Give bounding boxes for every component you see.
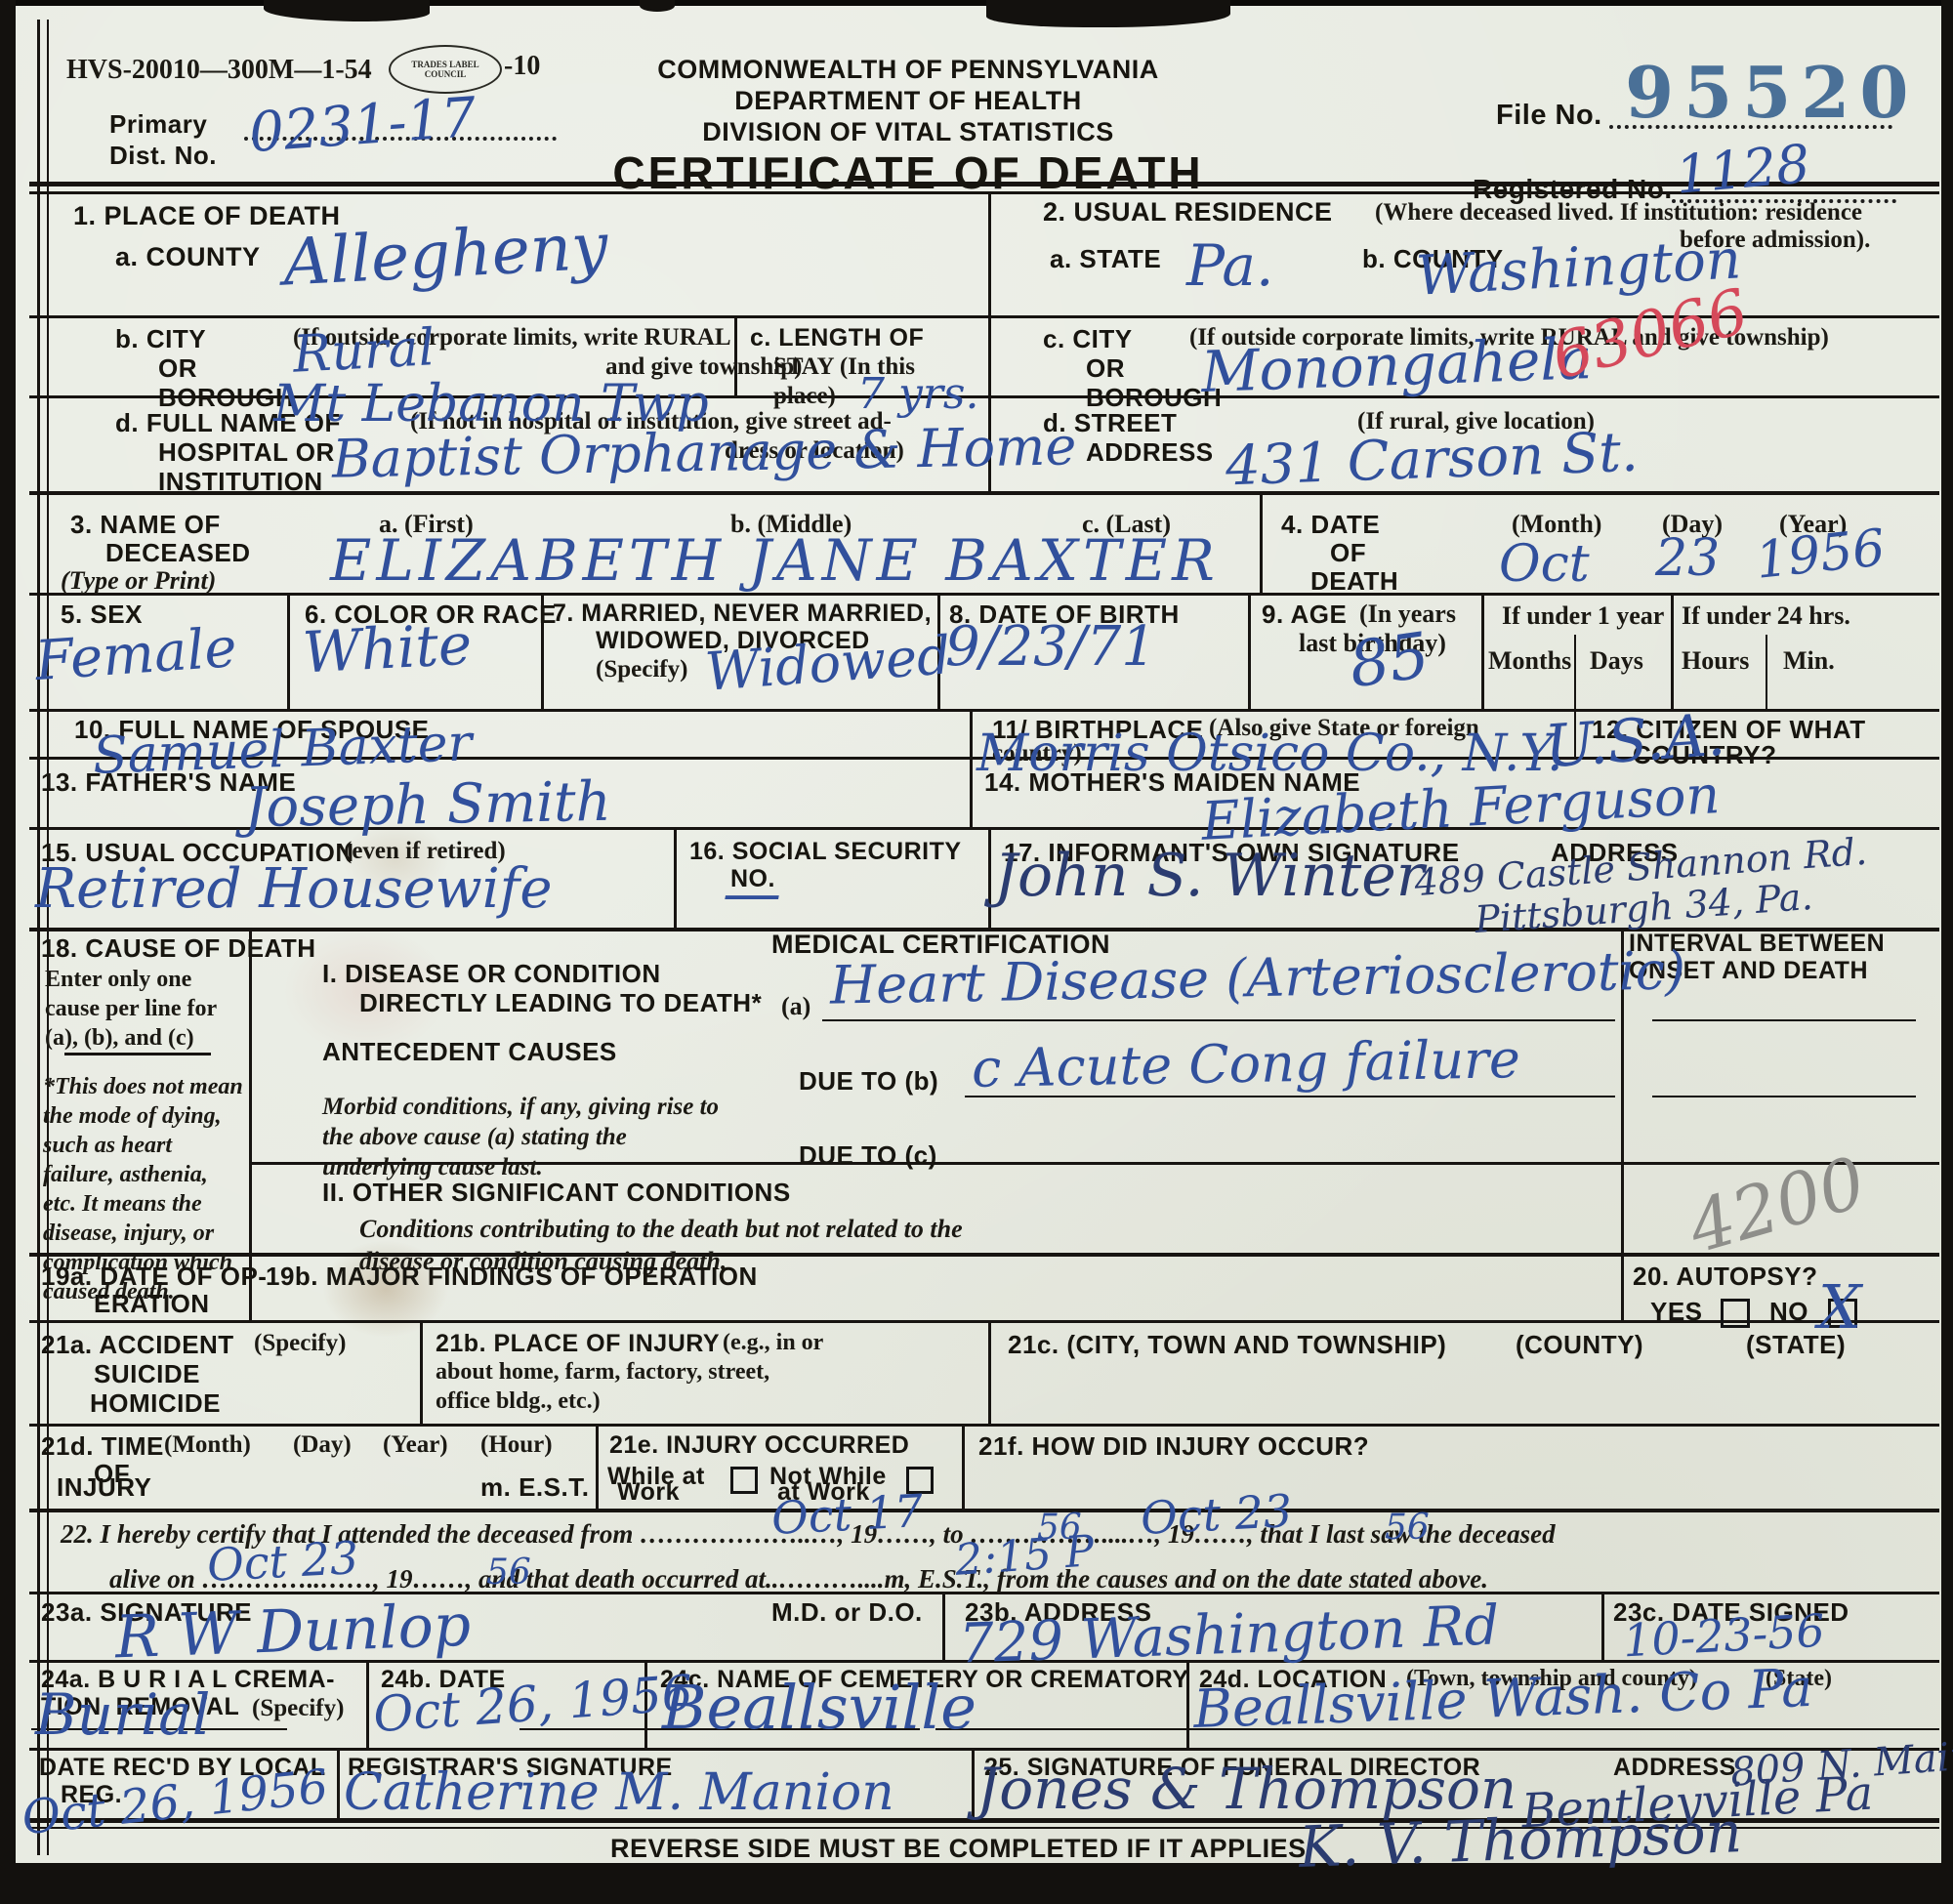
s24a-value: Burial <box>35 1681 210 1748</box>
s21d-est-label: m. E.S.T. <box>480 1472 589 1503</box>
s22-time-value: 2:15 P <box>953 1526 1096 1586</box>
scan-right-edge <box>1941 0 1953 1904</box>
s9-under1-label: If under 1 year <box>1502 601 1664 631</box>
s20-yes-checkbox <box>1721 1299 1750 1328</box>
s2a-state-label: a. STATE <box>1050 244 1161 274</box>
s9-days-label: Days <box>1590 646 1643 676</box>
s1a-county-label: a. COUNTY <box>115 242 261 272</box>
s21e-label: 21e. INJURY OCCURRED <box>609 1431 909 1460</box>
form-divider <box>1260 495 1263 593</box>
s9-age-label: 9. AGE <box>1262 600 1347 630</box>
s8-birth-value: 9/23/71 <box>945 615 1156 679</box>
form-divider <box>1621 1253 1624 1320</box>
s18-b-value: c Acute Cong failure <box>971 1028 1520 1099</box>
s21d-day: (Day) <box>293 1431 352 1459</box>
form-divider <box>337 1748 340 1818</box>
form-divider <box>249 928 252 1253</box>
file-no-label: File No. <box>1496 100 1602 132</box>
s18-a-line <box>822 1019 1615 1021</box>
s18-a-tag: (a) <box>781 992 810 1021</box>
s1b-or: OR <box>158 353 197 384</box>
s21c-county-label: (COUNTY) <box>1516 1330 1643 1360</box>
reg-registrar-value: Catherine M. Manion <box>344 1763 894 1822</box>
s21b-paren-2: about home, farm, factory, street, <box>436 1359 769 1386</box>
union-label-stamp: TRADES LABEL COUNCIL <box>389 45 502 94</box>
dept-line-3: DIVISION OF VITAL STATISTICS <box>702 117 1114 147</box>
form-divider <box>942 1592 945 1660</box>
s21b-label: 21b. PLACE OF INJURY <box>436 1330 720 1358</box>
s17-informant-value: John S. Winter <box>994 842 1424 910</box>
s18-due-c-label: DUE TO (c) <box>799 1140 937 1171</box>
s9-hours-label: Hours <box>1682 646 1749 676</box>
s3-label-3: (Type or Print) <box>61 566 216 596</box>
s19a-label-1: 19a. DATE OF OP- <box>41 1262 267 1292</box>
s4-label-2: OF <box>1330 538 1366 568</box>
form-divider <box>988 1320 991 1424</box>
s20-no-x-mark: X <box>1818 1271 1861 1343</box>
s16-ssn-value: — <box>723 859 781 928</box>
form-left-rule <box>37 20 40 1855</box>
s18-title: 18. CAUSE OF DEATH <box>41 933 316 964</box>
s18-disease-label-1: I. DISEASE OR CONDITION <box>322 959 661 989</box>
s18-other-label: II. OTHER SIGNIFICANT CONDITIONS <box>322 1178 791 1208</box>
s21e-while-checkbox <box>730 1467 758 1494</box>
s1c-length-label-1: c. LENGTH OF <box>750 324 924 352</box>
s20-no-label: NO <box>1769 1297 1808 1327</box>
s2a-state-value: Pa. <box>1186 232 1273 299</box>
s2d-street-label-2: ADDRESS <box>1086 437 1214 468</box>
death-certificate-scan: HVS-20010—300M—1-54 TRADES LABEL COUNCIL… <box>0 0 1953 1904</box>
s18-antecedent-label: ANTECEDENT CAUSES <box>322 1037 617 1067</box>
s19a-label-2: ERATION <box>94 1289 210 1319</box>
primary-dist-label-2: Dist. No. <box>109 141 217 171</box>
s18-note-1: Enter only one cause per line for (a), (… <box>45 965 240 1053</box>
form-divider <box>596 1424 599 1509</box>
s18-note-rule <box>64 1053 211 1055</box>
form-line <box>29 1424 1939 1427</box>
s23a-md-label: M.D. or D.O. <box>771 1597 923 1628</box>
s3-name-value: ELIZABETH JANE BAXTER <box>330 527 1220 594</box>
scan-tear-blob <box>986 0 1230 27</box>
s21d-label-3: INJURY <box>57 1472 151 1503</box>
s3-label-1: 3. NAME OF <box>70 510 221 540</box>
s21d-year: (Year) <box>383 1431 448 1459</box>
s15-occupation-value: Retired Housewife <box>35 857 552 921</box>
scan-bottom-edge <box>0 1863 1953 1904</box>
certificate-title: CERTIFICATE OF DEATH <box>612 146 1203 199</box>
s22-to-value: Oct 23 <box>1140 1484 1294 1545</box>
form-divider <box>674 827 677 928</box>
s21c-label: 21c. (CITY, TOWN AND TOWNSHIP) <box>1008 1330 1446 1360</box>
form-line <box>29 1748 1939 1751</box>
s4-month-value: Oct <box>1499 535 1590 594</box>
s2-paren1: (Where deceased lived. If institution: r… <box>1375 199 1862 227</box>
s24a-specify: (Specify) <box>252 1695 344 1722</box>
form-divider <box>1601 1592 1604 1660</box>
form-number: HVS-20010—300M—1-54 <box>66 55 372 86</box>
s1d-hospital-label-3: INSTITUTION <box>158 467 323 497</box>
form-divider <box>420 1320 423 1424</box>
s21d-hour: (Hour) <box>480 1431 553 1459</box>
s7-specify-label: (Specify) <box>596 656 687 683</box>
s2c-city-value: Monongahela <box>1200 325 1594 405</box>
s23a-signature-value: R W Dunlop <box>114 1592 472 1673</box>
registered-no-value: 1128 <box>1674 133 1812 206</box>
form-divider <box>970 709 973 827</box>
s19b-label: 19b. MAJOR FINDINGS OF OPERATION <box>266 1262 758 1292</box>
s21b-paren-1: (e.g., in or <box>723 1330 823 1356</box>
form-divider <box>972 1748 975 1818</box>
s4-label-1: 4. DATE <box>1281 510 1380 540</box>
s1d-hospital-value: Baptist Orphanage & Home <box>332 415 1077 489</box>
s21f-label: 21f. HOW DID INJURY OCCUR? <box>978 1431 1369 1462</box>
scan-left-edge <box>0 0 16 1904</box>
s9-age-value: 85 <box>1345 620 1434 703</box>
form-divider <box>1766 635 1767 709</box>
s13-father-value: Joseph Smith <box>243 770 611 841</box>
form-divider <box>366 1660 369 1748</box>
s22-to-year: 56 <box>1385 1508 1430 1548</box>
s7-married-label-1: 7. MARRIED, NEVER MARRIED, <box>553 600 932 628</box>
s24c-cemetery-value: Beallsville <box>662 1672 976 1743</box>
dept-line-2: DEPARTMENT OF HEALTH <box>734 86 1081 116</box>
form-divider <box>1481 593 1484 709</box>
s21a-specify: (Specify) <box>254 1330 346 1357</box>
s9-under24-label: If under 24 hrs. <box>1682 601 1850 631</box>
form-divider <box>1671 593 1674 709</box>
form-divider <box>1248 593 1251 709</box>
s21a-label-2: SUICIDE <box>94 1359 200 1389</box>
s4-label-3: DEATH <box>1310 566 1398 597</box>
s21a-label-3: HOMICIDE <box>90 1388 221 1419</box>
s21d-label-1: 21d. TIME <box>41 1431 164 1462</box>
form-divider <box>962 1424 965 1509</box>
s18-due-b-label: DUE TO (b) <box>799 1066 938 1097</box>
s1c-length-value: 7 yrs. <box>857 369 978 419</box>
s22-from-value: Oct 17 <box>770 1484 925 1545</box>
s9-min-label: Min. <box>1783 646 1835 676</box>
s18-interval-line-a <box>1652 1019 1916 1021</box>
form-line <box>29 1509 1939 1512</box>
union-label-suffix: -10 <box>504 51 540 82</box>
s2c-city-label: c. CITY <box>1043 324 1133 354</box>
s4-day-value: 23 <box>1655 529 1720 588</box>
s9-months-label: Months <box>1488 646 1571 676</box>
s1b-city-label: b. CITY <box>115 324 206 354</box>
s21e-while-2: Work <box>617 1478 680 1507</box>
file-no-value: 95520 <box>1625 51 1919 134</box>
s18-disease-label-2: DIRECTLY LEADING TO DEATH* <box>359 988 762 1018</box>
s18-interval-line-b <box>1652 1096 1916 1097</box>
s22-alive-year: 56 <box>486 1552 531 1593</box>
s1d-hospital-label-2: HOSPITAL OR <box>158 437 335 468</box>
primary-dist-label-1: Primary <box>109 109 207 140</box>
footer-reverse-note: REVERSE SIDE MUST BE COMPLETED IF IT APP… <box>610 1834 1307 1864</box>
dept-line-1: COMMONWEALTH OF PENNSYLVANIA <box>657 55 1158 85</box>
s21b-paren-3: office bldg., etc.) <box>436 1388 601 1415</box>
form-divider <box>1574 635 1576 709</box>
s18-morbid-note: Morbid conditions, if any, giving rise t… <box>322 1092 742 1182</box>
s2-title: 2. USUAL RESIDENCE <box>1043 197 1333 228</box>
form-divider <box>988 827 991 928</box>
s11-birthplace-value: Morris Otsico Co., N.Y. <box>976 724 1563 783</box>
s21d-month: (Month) <box>164 1431 251 1459</box>
form-divider <box>287 593 290 709</box>
s1c-length-label-3: place) <box>773 383 836 410</box>
s22-alive-value: Oct 23 <box>206 1531 360 1592</box>
s6-race-value: White <box>301 611 473 686</box>
s20-yes-label: YES <box>1650 1297 1703 1327</box>
s2c-or: OR <box>1086 353 1125 384</box>
scan-tear-blob <box>640 0 675 12</box>
s3-label-2: DECEASED <box>105 538 250 568</box>
s21a-label-1: 21a. ACCIDENT <box>41 1330 234 1360</box>
s20-autopsy-label: 20. AUTOPSY? <box>1633 1262 1818 1292</box>
